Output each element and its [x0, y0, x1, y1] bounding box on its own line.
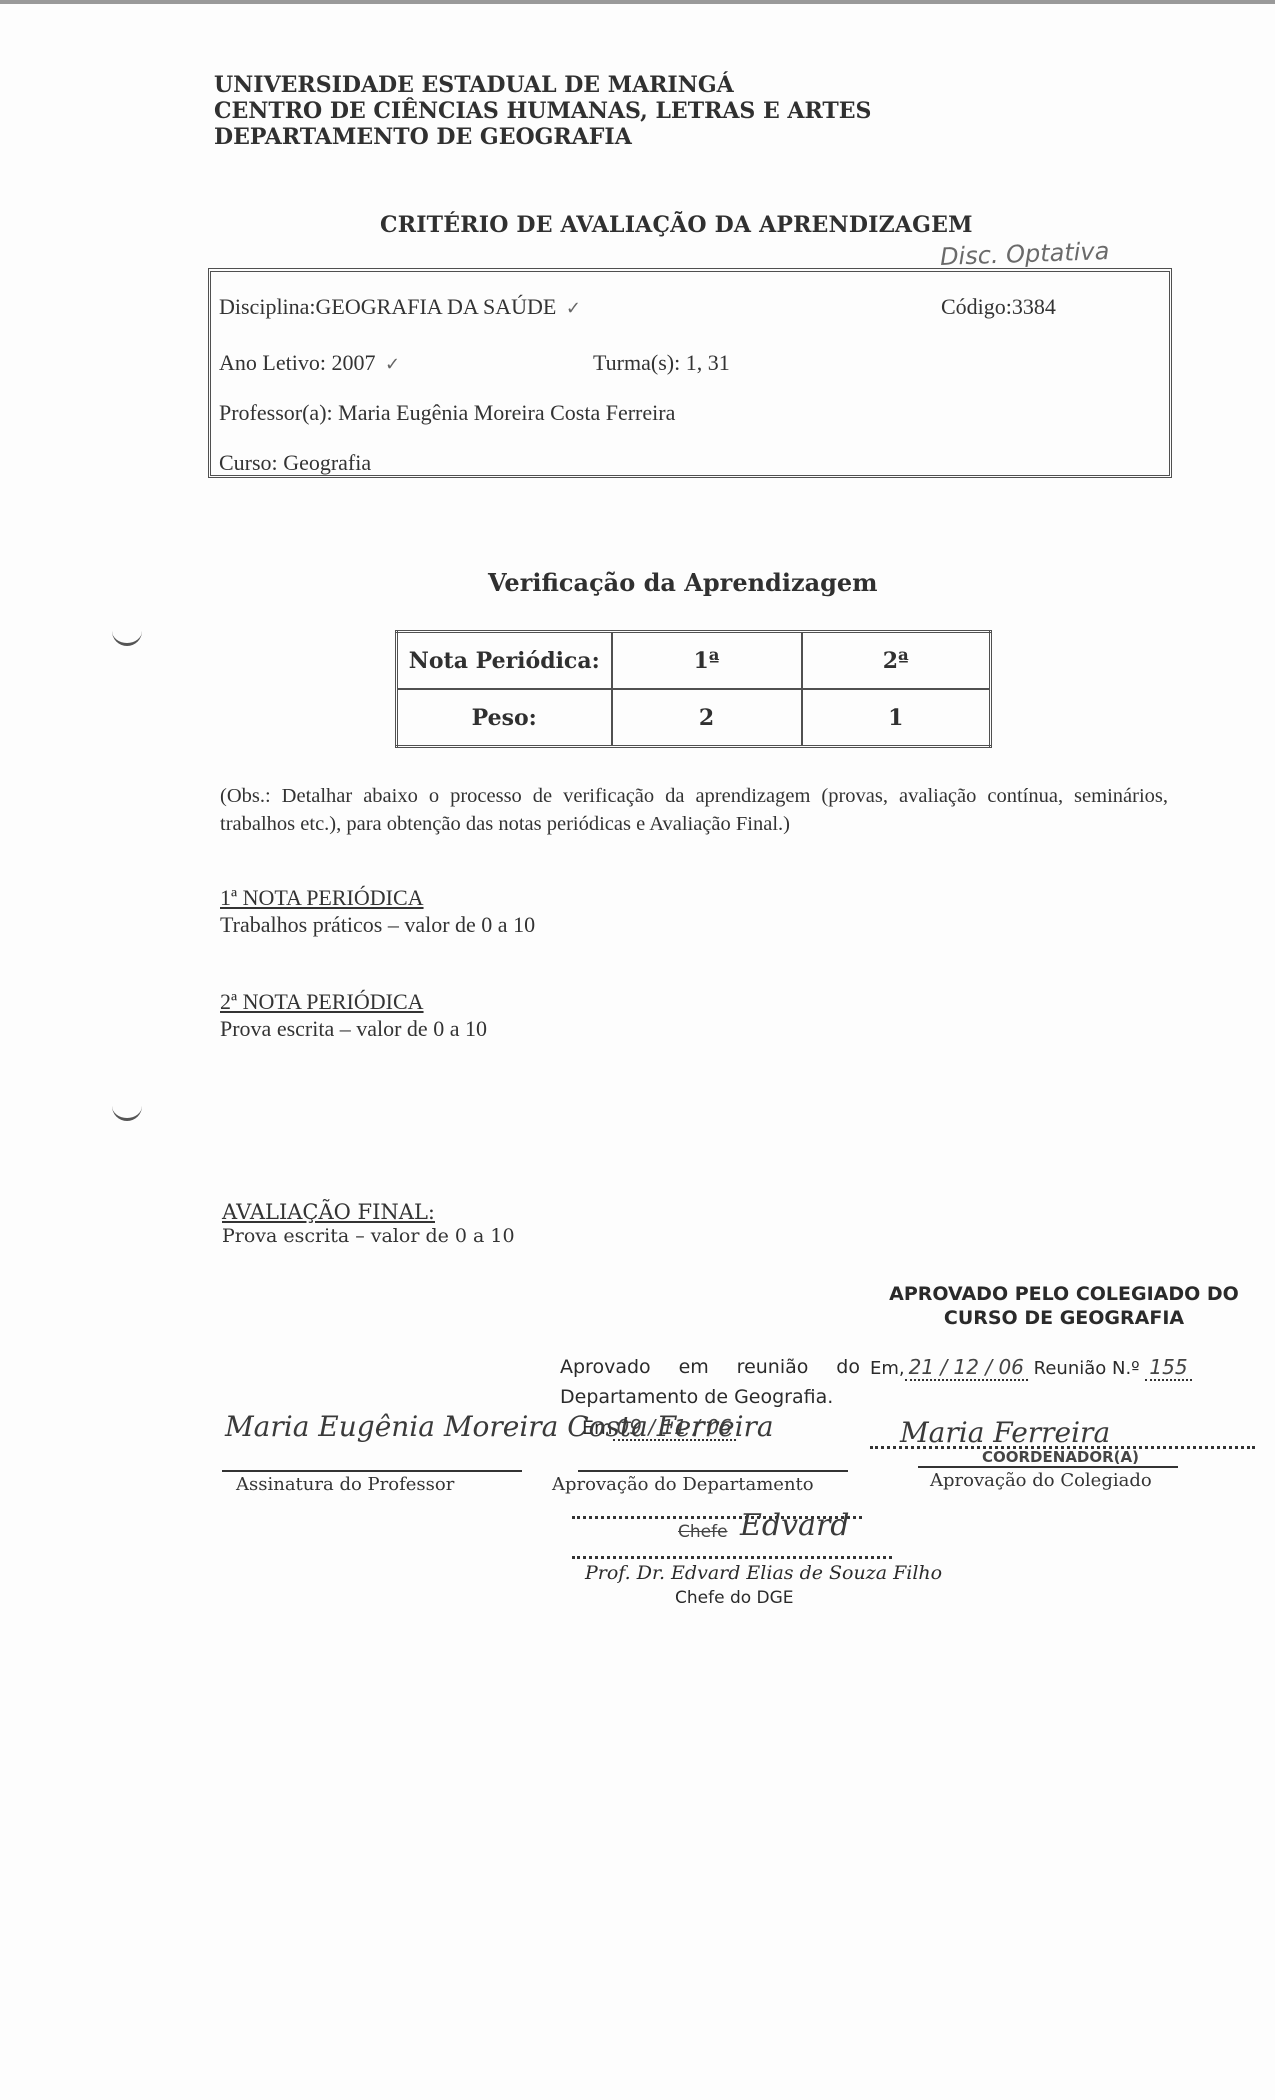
coordinator-signature: Maria Ferreira — [900, 1416, 1110, 1449]
dept-head-signature: Edvard — [740, 1508, 849, 1543]
institution-header: UNIVERSIDADE ESTADUAL DE MARINGÁ CENTRO … — [214, 72, 871, 150]
center-name: CENTRO DE CIÊNCIAS HUMANAS, LETRAS E ART… — [214, 98, 871, 124]
table-cell: 1 — [802, 689, 991, 747]
signature-line — [918, 1466, 1178, 1468]
chefe-label: Chefe — [678, 1522, 728, 1542]
observation-note: (Obs.: Detalhar abaixo o processo de ver… — [220, 782, 1168, 838]
section-heading: 2ª NOTA PERIÓDICA — [220, 988, 487, 1015]
colegiado-stamp: APROVADO PELO COLEGIADO DO CURSO DE GEOG… — [872, 1282, 1256, 1330]
table-cell: Nota Periódica: — [397, 632, 612, 690]
professor-row: Professor(a): Maria Eugênia Moreira Cost… — [219, 400, 675, 426]
discipline-value: GEOGRAFIA DA SAÚDE — [316, 294, 557, 319]
dept-head-name: Prof. Dr. Edvard Elias de Souza Filho — [585, 1562, 942, 1584]
professor-caption: Assinatura do Professor — [236, 1474, 454, 1495]
professor-label: Professor(a): — [219, 400, 333, 425]
section-text: Prova escrita – valor de 0 a 10 — [220, 1015, 487, 1042]
table-row: Nota Periódica: 1ª 2ª — [397, 632, 991, 690]
section-text: Prova escrita – valor de 0 a 10 — [222, 1224, 515, 1248]
date-label: Em, — [870, 1358, 905, 1379]
university-name: UNIVERSIDADE ESTADUAL DE MARINGÁ — [214, 72, 871, 98]
coordinator-label: COORDENADOR(A) — [982, 1448, 1139, 1466]
course-value: Geografia — [283, 450, 371, 475]
course-row: Curso: Geografia — [219, 450, 371, 476]
word: Aprovado — [560, 1352, 651, 1382]
verification-title: Verificação da Aprendizagem — [488, 568, 878, 597]
table-cell: 2 — [612, 689, 802, 747]
colegiado-date: 21 / 12 / 06 — [905, 1355, 1028, 1381]
section-heading: AVALIAÇÃO FINAL: — [222, 1200, 515, 1224]
stamp-line: CURSO DE GEOGRAFIA — [872, 1306, 1256, 1330]
signature-line — [222, 1470, 522, 1472]
discipline-row: Disciplina:GEOGRAFIA DA SAÚDE ✓ — [219, 294, 581, 320]
section-text: Trabalhos práticos – valor de 0 a 10 — [220, 911, 535, 938]
first-grade-section: 1ª NOTA PERIÓDICA Trabalhos práticos – v… — [220, 884, 535, 938]
dept-head-title: Chefe do DGE — [675, 1588, 794, 1608]
meeting-number: 155 — [1145, 1355, 1191, 1381]
document-title: CRITÉRIO DE AVALIAÇÃO DA APRENDIZAGEM — [380, 212, 973, 238]
professor-value: Maria Eugênia Moreira Costa Ferreira — [338, 400, 675, 425]
class-value: 1, 31 — [686, 350, 730, 375]
page-top-edge — [0, 0, 1275, 4]
code-label: Código: — [941, 294, 1012, 319]
table-cell: Peso: — [397, 689, 612, 747]
year-value: 2007 — [331, 350, 375, 375]
professor-signature: Maria Eugênia Moreira Costa Ferreira — [225, 1410, 774, 1443]
stamp-line: APROVADO PELO COLEGIADO DO — [872, 1282, 1256, 1306]
colegiado-date-row: Em,21 / 12 / 06 Reunião N.º 155 — [870, 1355, 1192, 1379]
word: em — [679, 1352, 709, 1382]
table-cell: 1ª — [612, 632, 802, 690]
discipline-label: Disciplina: — [219, 294, 316, 319]
check-mark-icon: ✓ — [566, 298, 581, 319]
word: do — [836, 1352, 860, 1382]
word: reunião — [737, 1352, 809, 1382]
table-cell: 2ª — [802, 632, 991, 690]
course-info-box: Disciplina:GEOGRAFIA DA SAÚDE ✓ Código:3… — [208, 268, 1172, 478]
punch-hole-mark — [112, 630, 142, 646]
meeting-label: Reunião N.º — [1034, 1358, 1140, 1379]
dept-caption: Aprovação do Departamento — [552, 1474, 814, 1495]
course-label: Curso: — [219, 450, 278, 475]
handwritten-note: Disc. Optativa — [940, 237, 1110, 271]
year-label: Ano Letivo: — [219, 350, 326, 375]
code-field: Código:3384 — [941, 294, 1056, 320]
dept-text-line: Departamento de Geografia. — [560, 1382, 860, 1412]
check-mark-icon: ✓ — [385, 354, 400, 375]
department-name: DEPARTAMENTO DE GEOGRAFIA — [214, 124, 871, 150]
dept-text-line: Aprovado em reunião do — [560, 1352, 860, 1382]
dotted-line — [572, 1556, 892, 1559]
second-grade-section: 2ª NOTA PERIÓDICA Prova escrita – valor … — [220, 988, 487, 1042]
year-row: Ano Letivo: 2007 ✓ — [219, 350, 400, 376]
grade-weight-table: Nota Periódica: 1ª 2ª Peso: 2 1 — [395, 630, 992, 748]
signature-line — [578, 1470, 848, 1472]
class-label: Turma(s): — [593, 350, 680, 375]
punch-hole-mark — [112, 1105, 142, 1121]
class-field: Turma(s): 1, 31 — [593, 350, 730, 376]
table-row: Peso: 2 1 — [397, 689, 991, 747]
code-value: 3384 — [1012, 294, 1056, 319]
final-evaluation-section: AVALIAÇÃO FINAL: Prova escrita – valor d… — [222, 1200, 515, 1248]
colegiado-caption: Aprovação do Colegiado — [930, 1470, 1152, 1491]
section-heading: 1ª NOTA PERIÓDICA — [220, 884, 535, 911]
